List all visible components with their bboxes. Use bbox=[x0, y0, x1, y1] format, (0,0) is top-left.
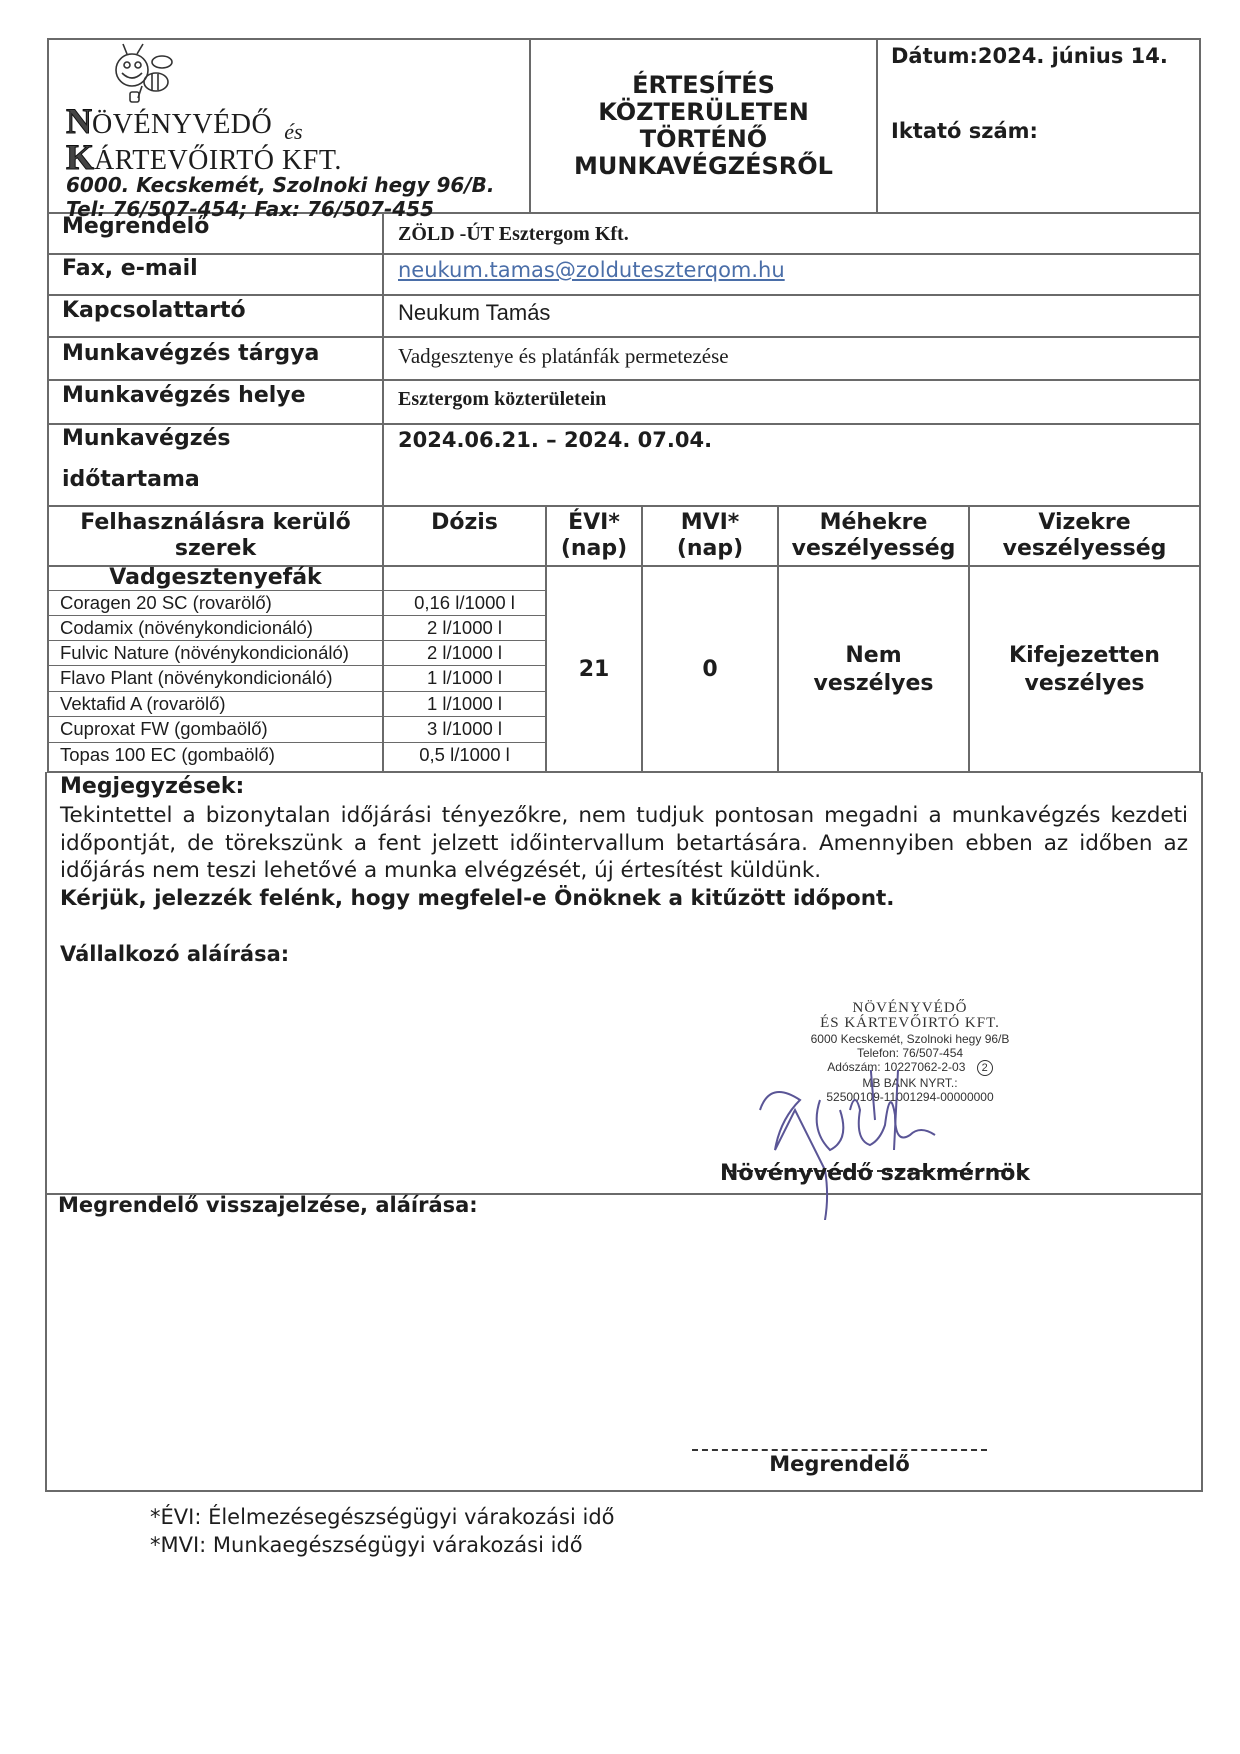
table-group-label: Vadgesztenyefák bbox=[49, 565, 382, 591]
border-bottom bbox=[45, 1490, 1203, 1492]
contractor-role-label: Növényvédő szakmérnök bbox=[720, 1161, 1030, 1186]
table-header-products: Felhasználásra kerülő szerek bbox=[49, 510, 382, 562]
border-left bbox=[47, 38, 49, 772]
border-right bbox=[1201, 772, 1203, 1492]
logo-initial-n: N bbox=[66, 101, 92, 141]
row-divider bbox=[47, 640, 547, 641]
header-text: (nap) bbox=[643, 536, 777, 562]
water-hazard-value: Kifejezetten veszélyes bbox=[970, 642, 1199, 698]
field-label-subject: Munkavégzés tárgya bbox=[62, 341, 319, 366]
hazard-text: Kifejezetten bbox=[970, 642, 1199, 670]
product-dose: 1 l/1000 l bbox=[383, 693, 546, 715]
notes-request: Kérjük, jelezzék felénk, hogy megfelel-e… bbox=[60, 886, 894, 911]
row-divider bbox=[47, 742, 547, 743]
filing-number-label: Iktató szám: bbox=[891, 119, 1038, 143]
row-divider bbox=[47, 336, 1201, 338]
stamp-text: 6000 Kecskemét, Szolnoki hegy 96/B bbox=[760, 1032, 1060, 1046]
notes-body: Tekintettel a bizonytalan időjárási tény… bbox=[60, 802, 1188, 885]
company-name-line2: KÁRTEVŐIRTÓ KFT. bbox=[66, 136, 342, 178]
table-header-dose: Dózis bbox=[384, 510, 545, 536]
product-name: Flavo Plant (növénykondicionáló) bbox=[60, 667, 333, 689]
footnote-evi: *ÉVI: Élelmezésegészségügyi várakozási i… bbox=[150, 1505, 615, 1529]
field-value-email-link[interactable]: neukum.tamas@zolduteszterqom.hu bbox=[398, 258, 785, 282]
row-divider bbox=[47, 379, 1201, 381]
product-dose: 0,16 l/1000 l bbox=[383, 592, 546, 614]
product-dose: 0,5 l/1000 l bbox=[383, 744, 546, 766]
product-dose: 2 l/1000 l bbox=[383, 617, 546, 639]
product-name: Cuproxat FW (gombaölő) bbox=[60, 718, 268, 740]
row-divider bbox=[47, 505, 1201, 507]
title-line: TÖRTÉNŐ bbox=[531, 126, 876, 153]
field-label-client: Megrendelő bbox=[62, 214, 209, 239]
product-name: Coragen 20 SC (rovarölő) bbox=[60, 592, 272, 614]
header-text: veszélyesség bbox=[970, 536, 1199, 562]
evi-value: 21 bbox=[547, 656, 641, 684]
field-label-duration: Munkavégzés bbox=[62, 426, 231, 451]
field-value-client: ZÖLD -ÚT Esztergom Kft. bbox=[398, 223, 629, 246]
header-text: (nap) bbox=[547, 536, 641, 562]
header-text: Vizekre bbox=[970, 510, 1199, 536]
border-left bbox=[45, 772, 47, 1492]
row-divider bbox=[47, 771, 1201, 773]
product-dose: 2 l/1000 l bbox=[383, 642, 546, 664]
document-date: Dátum:2024. június 14. bbox=[891, 44, 1168, 68]
border-right bbox=[1199, 38, 1201, 772]
header-text: szerek bbox=[49, 536, 382, 562]
stamp-text: Telefon: 76/507-454 bbox=[760, 1046, 1060, 1060]
field-label-contact: Kapcsolattartó bbox=[62, 298, 246, 323]
field-value-location: Esztergom közterületein bbox=[398, 388, 606, 411]
row-divider bbox=[47, 691, 547, 692]
field-value-subject: Vadgesztenye és platánfák permetezése bbox=[398, 344, 729, 369]
title-line: KÖZTERÜLETEN bbox=[531, 99, 876, 126]
header-text: veszélyesség bbox=[779, 536, 968, 562]
product-dose: 1 l/1000 l bbox=[383, 667, 546, 689]
logo-initial-k: K bbox=[66, 137, 94, 177]
product-dose: 3 l/1000 l bbox=[383, 718, 546, 740]
header-divider bbox=[876, 38, 878, 213]
row-divider bbox=[47, 253, 1201, 255]
header-text: MVI* bbox=[643, 510, 777, 536]
hazard-text: veszélyes bbox=[970, 670, 1199, 698]
table-header-evi: ÉVI* (nap) bbox=[547, 510, 641, 562]
title-line: ÉRTESÍTÉS bbox=[531, 72, 876, 99]
product-name: Topas 100 EC (gombaölő) bbox=[60, 744, 275, 766]
header-text: Felhasználásra kerülő bbox=[49, 510, 382, 536]
hazard-text: veszélyes bbox=[779, 670, 968, 698]
contractor-signature-label: Vállalkozó aláírása: bbox=[60, 942, 289, 966]
company-block: NÖVÉNYVÉDŐ és KÁRTEVŐIRTÓ KFT. 6000. Kec… bbox=[62, 40, 522, 210]
document-title: ÉRTESÍTÉS KÖZTERÜLETEN TÖRTÉNŐ MUNKAVÉGZ… bbox=[531, 72, 876, 180]
row-divider bbox=[47, 294, 1201, 296]
product-name: Fulvic Nature (növénykondicionáló) bbox=[60, 642, 349, 664]
product-name: Codamix (növénykondicionáló) bbox=[60, 617, 313, 639]
footnote-mvi: *MVI: Munkaegészségügyi várakozási idő bbox=[150, 1533, 583, 1557]
company-address: 6000. Kecskemét, Szolnoki hegy 96/B. bbox=[66, 173, 494, 197]
notes-heading: Megjegyzések: bbox=[60, 774, 244, 799]
row-divider bbox=[47, 716, 547, 717]
bees-hazard-value: Nem veszélyes bbox=[779, 642, 968, 698]
title-line: MUNKAVÉGZÉSRŐL bbox=[531, 153, 876, 180]
row-divider bbox=[47, 423, 1201, 425]
field-label-fax-email: Fax, e-mail bbox=[62, 256, 198, 281]
row-divider bbox=[47, 615, 547, 616]
field-label-duration: időtartama bbox=[62, 467, 200, 492]
handwritten-signature-icon bbox=[740, 1070, 1040, 1220]
field-value-contact: Neukum Tamás bbox=[398, 300, 550, 326]
header-text: Méhekre bbox=[779, 510, 968, 536]
product-name: Vektafid A (rovarölő) bbox=[60, 693, 226, 715]
table-header-water: Vizekre veszélyesség bbox=[970, 510, 1199, 562]
table-header-mvi: MVI* (nap) bbox=[643, 510, 777, 562]
client-signature-line bbox=[692, 1449, 987, 1451]
client-role-label: Megrendelő bbox=[692, 1452, 987, 1476]
mvi-value: 0 bbox=[643, 656, 777, 684]
client-feedback-label: Megrendelő visszajelzése, aláírása: bbox=[58, 1193, 478, 1217]
stamp-text: ÉS KÁRTEVŐIRTÓ KFT. bbox=[760, 1015, 1060, 1032]
field-label-location: Munkavégzés helye bbox=[62, 383, 306, 408]
field-value-duration: 2024.06.21. – 2024. 07.04. bbox=[398, 428, 712, 452]
table-header-bees: Méhekre veszélyesség bbox=[779, 510, 968, 562]
logo-text: ÁRTEVŐIRTÓ KFT. bbox=[94, 145, 342, 176]
hazard-text: Nem bbox=[779, 642, 968, 670]
header-text: ÉVI* bbox=[547, 510, 641, 536]
row-divider bbox=[47, 665, 547, 666]
